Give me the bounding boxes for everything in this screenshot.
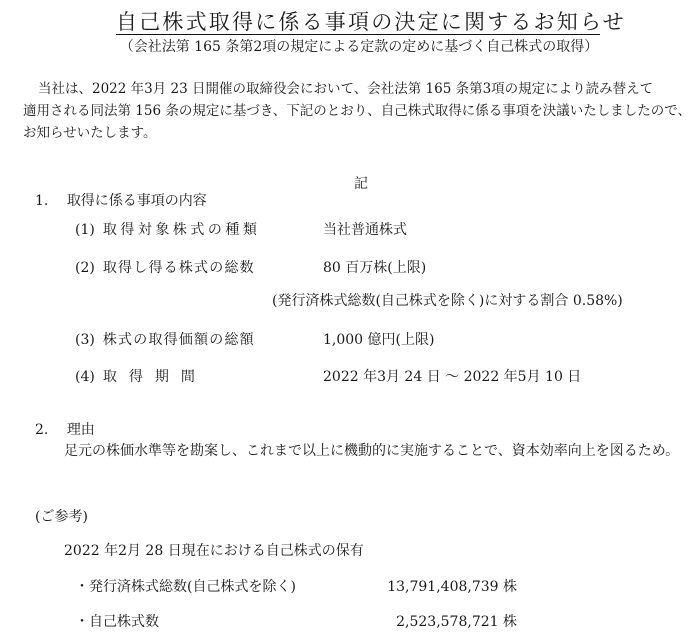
item-2-value: 80 百万株(上限) xyxy=(323,257,426,277)
section2-number: 2. xyxy=(35,422,48,438)
item-2-label: 取得し得る株式の総数 xyxy=(103,260,255,276)
item-4-value: 2022 年3月 24 日 ～ 2022 年5月 10 日 xyxy=(323,366,581,386)
item-3-label: 株式の取得価額の総額 xyxy=(103,332,255,348)
section1-title: 取得に係る事項の内容 xyxy=(67,193,207,209)
section1-heading: 1. 取得に係る事項の内容 xyxy=(35,190,207,210)
item-3-num: (3) xyxy=(75,332,95,348)
intro-line-2: 適用される同法第 156 条の規定に基づき、下記のとおり、自己株式取得に係る事項… xyxy=(23,100,691,122)
reference-row-1-label: ・発行済株式総数(自己株式を除く) xyxy=(75,576,296,596)
document-title: 自己株式取得に係る事項の決定に関するお知らせ xyxy=(116,9,600,35)
reference-row-1-value: 13,791,408,739 株 xyxy=(380,576,517,596)
item-3: (3)株式の取得価額の総額 xyxy=(75,329,255,349)
item-4: (4)取得期間 xyxy=(75,366,207,386)
section2-text: 足元の株価水準等を勘案し、これまで以上に機動的に実施することで、資本効率向上を図… xyxy=(64,440,679,460)
intro-line-1: 当社は、2022 年3月 23 日開催の取締役会において、会社法第 165 条第… xyxy=(38,78,653,100)
item-2: (2)取得し得る株式の総数 xyxy=(75,257,255,277)
item-4-num: (4) xyxy=(75,369,95,385)
item-3-value: 1,000 億円(上限) xyxy=(323,329,434,349)
section2-title: 理由 xyxy=(67,422,95,438)
reference-row-2-label: ・自己株式数 xyxy=(75,611,159,631)
intro-line-3: お知らせいたします。 xyxy=(23,122,157,144)
section1-number: 1. xyxy=(35,193,48,209)
item-1-value: 当社普通株式 xyxy=(323,219,407,239)
item-2-num: (2) xyxy=(75,260,95,276)
title-underline xyxy=(116,34,600,35)
ki-label: 記 xyxy=(354,173,368,193)
item-4-label: 取得期間 xyxy=(103,369,207,385)
item-1-label: 取得対象株式の種類 xyxy=(103,222,261,238)
item-2-note: (発行済株式総数(自己株式を除く)に対する割合 0.58%) xyxy=(272,290,623,310)
section2-heading: 2. 理由 xyxy=(35,419,95,439)
reference-heading: (ご参考) xyxy=(35,506,88,526)
item-1-num: (1) xyxy=(75,222,95,238)
reference-as-of: 2022 年2月 28 日現在における自己株式の保有 xyxy=(64,540,364,560)
item-1: (1)取得対象株式の種類 xyxy=(75,219,260,239)
reference-row-2-value: 2,523,578,721 株 xyxy=(380,611,517,631)
document-subtitle: （会社法第 165 条第2項の規定による定款の定めに基づく自己株式の取得） xyxy=(118,38,600,56)
